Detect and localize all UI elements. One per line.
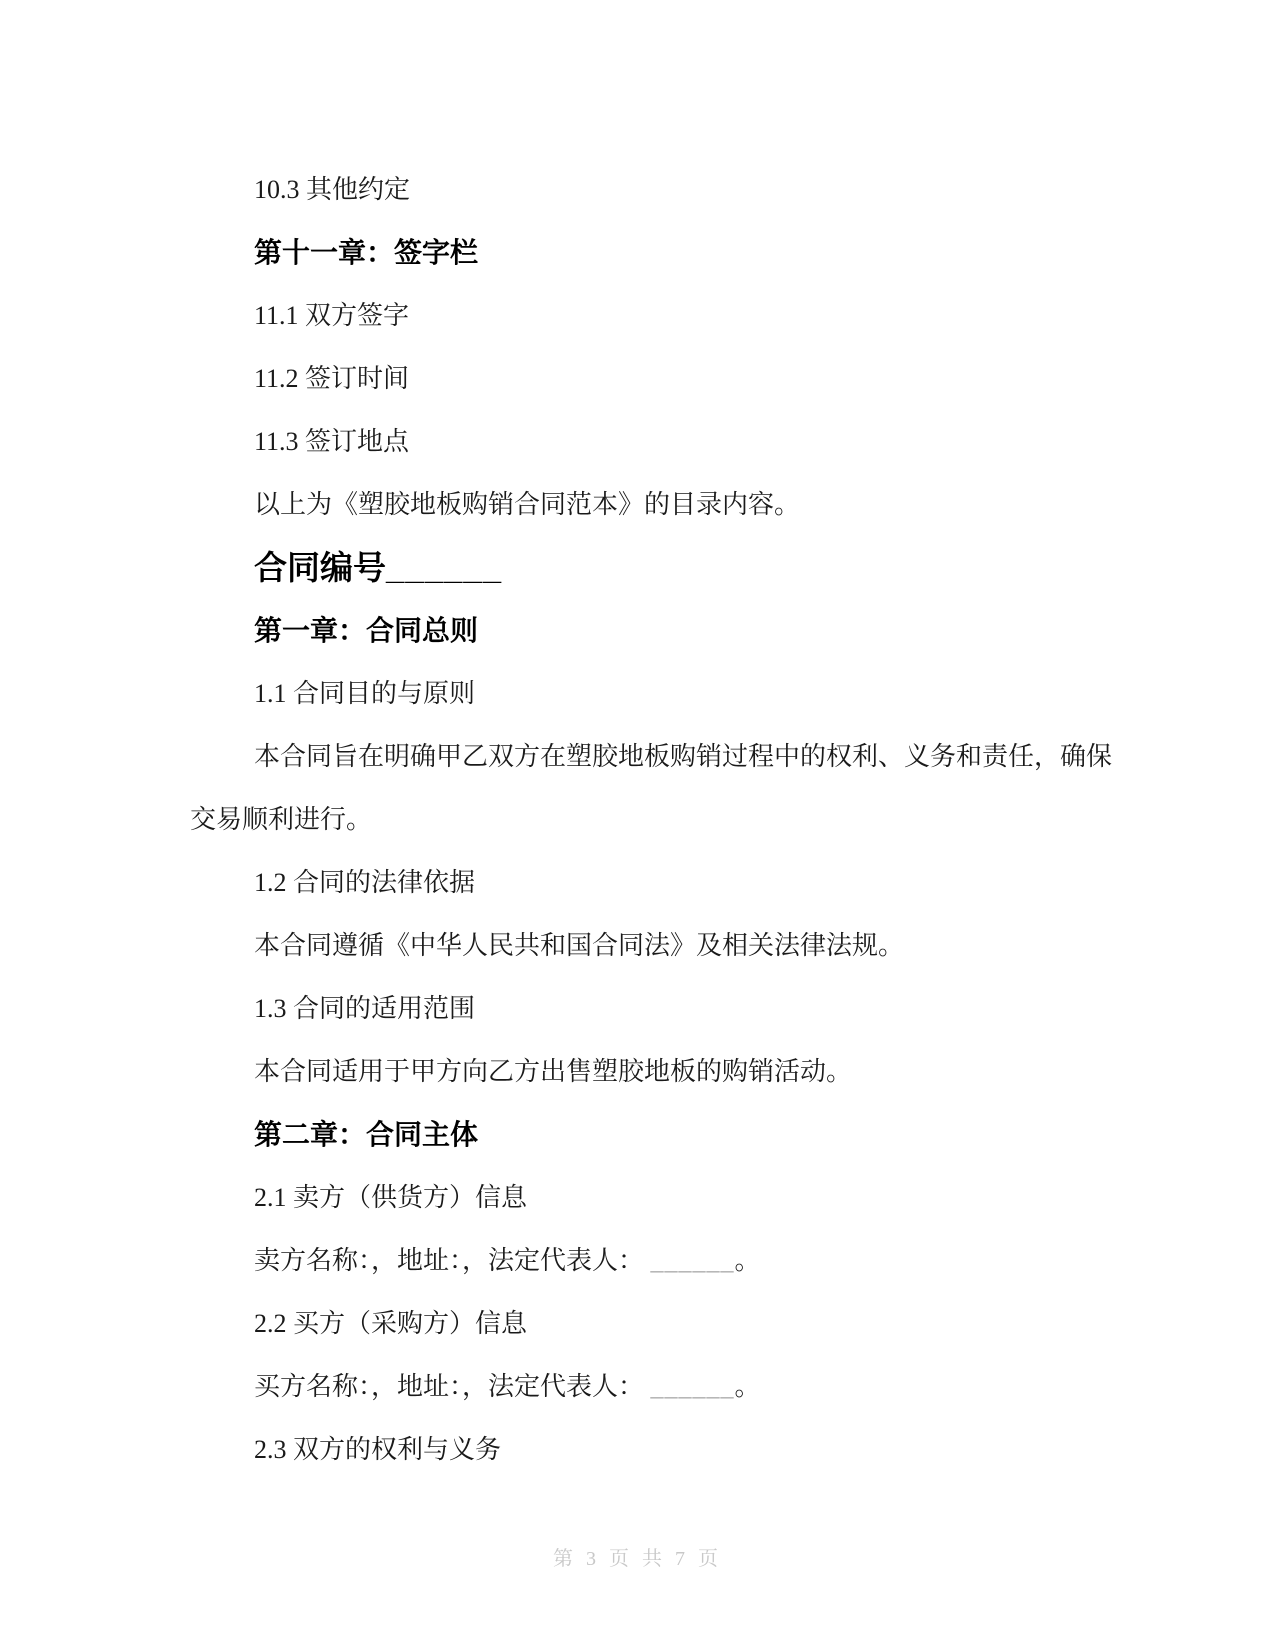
section-2-1-heading: 2.1 卖方（供货方）信息 (190, 1166, 1140, 1229)
seller-info-label: 卖方名称：，地址：，法定代表人： (254, 1246, 644, 1275)
seller-line-period: 。 (735, 1246, 761, 1275)
section-2-3-heading: 2.3 双方的权利与义务 (190, 1418, 1140, 1481)
contract-number-blank-underline: ______ (386, 549, 502, 586)
section-1-2-heading: 1.2 合同的法律依据 (190, 851, 1140, 914)
toc-item-11-3: 11.3 签订地点 (190, 410, 1140, 473)
chapter-11-heading: 第十一章：签字栏 (190, 221, 1140, 284)
contract-number-label: 合同编号 (254, 549, 386, 586)
section-1-3-heading: 1.3 合同的适用范围 (190, 977, 1140, 1040)
seller-name-blank-underline: ______ (651, 1246, 735, 1275)
section-1-1-paragraph: 本合同旨在明确甲乙双方在塑胶地板购销过程中的权利、义务和责任，确保交易顺利进行。 (190, 725, 1140, 851)
buyer-name-blank-underline: ______ (651, 1372, 735, 1401)
section-1-2-paragraph: 本合同遵循《中华人民共和国合同法》及相关法律法规。 (190, 914, 1140, 977)
contract-number-title: 合同编号______ (190, 536, 1140, 599)
toc-closing-note: 以上为《塑胶地板购销合同范本》的目录内容。 (190, 473, 1140, 536)
buyer-line-period: 。 (735, 1372, 761, 1401)
section-1-3-paragraph: 本合同适用于甲方向乙方出售塑胶地板的购销活动。 (190, 1040, 1140, 1103)
chapter-1-heading: 第一章：合同总则 (190, 599, 1140, 662)
buyer-info-line: 买方名称：，地址：，法定代表人： ______。 (190, 1355, 1140, 1418)
buyer-info-label: 买方名称：，地址：，法定代表人： (254, 1372, 644, 1401)
chapter-2-heading: 第二章：合同主体 (190, 1103, 1140, 1166)
section-1-1-text-line-2: 交易顺利进行。 (190, 805, 372, 834)
seller-info-line: 卖方名称：，地址：，法定代表人： ______。 (190, 1229, 1140, 1292)
toc-item-10-3: 10.3 其他约定 (190, 158, 1140, 221)
section-2-2-heading: 2.2 买方（采购方）信息 (190, 1292, 1140, 1355)
toc-item-11-2: 11.2 签订时间 (190, 347, 1140, 410)
document-page: 10.3 其他约定 第十一章：签字栏 11.1 双方签字 11.2 签订时间 1… (190, 158, 1140, 1481)
section-1-1-text-line-1: 本合同旨在明确甲乙双方在塑胶地板购销过程中的权利、义务和责任，确保 (254, 742, 1112, 771)
toc-item-11-1: 11.1 双方签字 (190, 284, 1140, 347)
section-1-1-heading: 1.1 合同目的与原则 (190, 662, 1140, 725)
page-number-footer: 第 3 页 共 7 页 (0, 1542, 1275, 1571)
